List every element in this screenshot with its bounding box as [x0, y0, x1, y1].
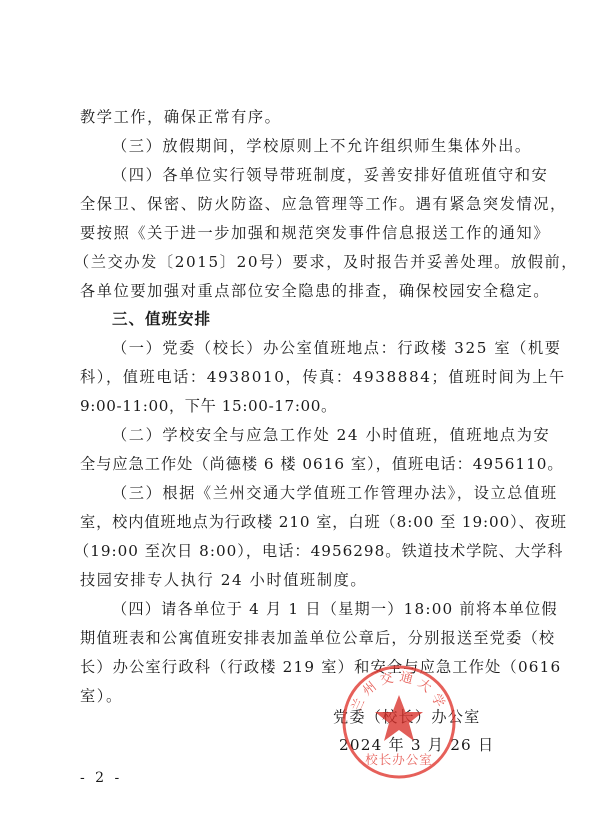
text-line: 科），值班电话：4938010，传真：4938884；值班时间为上午 [80, 367, 566, 387]
text-line: （四）各单位实行领导带班制度，妥善安排好值班值守和安 [112, 165, 548, 185]
text-line: 全保卫、保密、防火防盗、应急管理等工作。遇有紧急突发情况， [80, 194, 567, 214]
text-line: 各单位要加强对重点部位安全隐患的排查，确保校园安全稳定。 [80, 281, 550, 301]
text-line: 长）办公室行政科（行政楼 219 室）和安全与应急工作处（0616 [80, 657, 561, 677]
text-line: 全与应急工作处（尚德楼 6 楼 0616 室），值班电话：4956110。 [80, 454, 564, 474]
text-line: 期值班表和公寓值班安排表加盖单位公章后，分别报送至党委（校 [80, 628, 555, 648]
text-line: （兰交办发〔2015〕20号）要求，及时报告并妥善处理。放假前， [74, 252, 578, 272]
svg-text:校长办公室: 校长办公室 [365, 752, 433, 767]
text-line: 教学工作，确保正常有序。 [80, 107, 281, 127]
text-line: （三）根据《兰州交通大学值班工作管理办法》，设立总值班 [112, 483, 558, 503]
document-page: 教学工作，确保正常有序。 （三）放假期间，学校原则上不允许组织师生集体外出。 （… [0, 0, 591, 836]
text-line: 9:00-11:00，下午 15:00-17:00。 [80, 396, 337, 416]
text-line: （三）放假期间，学校原则上不允许组织师生集体外出。 [112, 136, 532, 156]
page-number: - 2 - [80, 770, 122, 786]
text-line: 技园安排专人执行 24 小时值班制度。 [80, 570, 367, 590]
official-seal-icon: 兰州交通大学 校长办公室 [341, 664, 457, 780]
section-heading: 三、值班安排 [112, 309, 211, 329]
text-line: 要按照《关于进一步加强和规范突发事件信息报送工作的通知》 [80, 223, 550, 243]
text-line: （一）党委（校长）办公室值班地点：行政楼 325 室（机要 [112, 338, 562, 358]
text-line: 室，校内值班地点为行政楼 210 室，白班（8:00 至 19:00）、夜班 [80, 512, 567, 532]
text-line: （19:00 至次日 8:00），电话：4956298。铁道技术学院、大学科 [74, 541, 563, 561]
text-line: （四）请各单位于 4 月 1 日（星期一）18:00 前将本单位假 [112, 599, 558, 619]
text-line: （二）学校安全与应急工作处 24 小时值班，值班地点为安 [112, 425, 550, 445]
text-line: 室）。 [80, 686, 123, 706]
